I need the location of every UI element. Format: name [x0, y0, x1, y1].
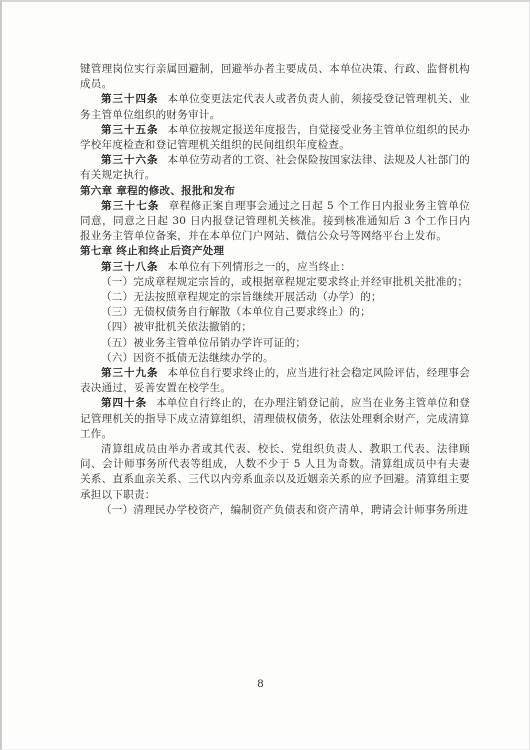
chapter-heading-7: 第七章 终止和终止后资产处理	[80, 244, 470, 259]
article-number: 第三十六条	[101, 154, 159, 166]
article-number: 第三十九条	[101, 367, 159, 379]
article-number: 第三十八条	[101, 261, 159, 273]
article-paragraph-38: 第三十八条本单位有下列情形之一的，应当终止：	[80, 260, 470, 275]
list-item-4: （四）被审批机关依法撤销的；	[80, 320, 470, 335]
article-paragraph-34: 第三十四条本单位变更法定代表人或者负责人前，须接受登记管理机关、业务主管单位组织…	[80, 92, 470, 122]
article-paragraph-36: 第三十六条本单位劳动者的工资、社会保险按国家法律、法规及人社部门的有关规定执行。	[80, 153, 470, 183]
list-item-5: （五）被业务主管单位吊销办学许可证的；	[80, 336, 470, 351]
article-number: 第四十条	[101, 397, 147, 409]
article-paragraph-40: 第四十条本单位自行终止的，在办理注销登记前，应当在业务主管单位和登记管理机关的指…	[80, 396, 470, 442]
page-content: 键管理岗位实行亲属回避制，回避举办者主要成员、本单位决策、行政、监督机构成员。 …	[80, 62, 470, 518]
list-item-6: （六）因资不抵债无法继续办学的。	[80, 351, 470, 366]
article-paragraph-37: 第三十七条章程修正案自理事会通过之日起 5 个工作日内报业务主管单位同意，同意之…	[80, 199, 470, 245]
document-page: 键管理岗位实行亲属回避制，回避举办者主要成员、本单位决策、行政、监督机构成员。 …	[0, 0, 530, 750]
chapter-heading-6: 第六章 章程的修改、报批和发布	[80, 184, 470, 199]
paragraph-continuation: 键管理岗位实行亲属回避制，回避举办者主要成员、本单位决策、行政、监督机构成员。	[80, 62, 470, 92]
article-number: 第三十五条	[101, 124, 159, 136]
list-item-duty-1: （一）清理民办学校资产，编制资产负债表和资产清单，聘请会计师事务所进	[80, 503, 470, 518]
article-paragraph-39: 第三十九条本单位自行要求终止的，应当进行社会稳定风险评估，经理事会表决通过，妥善…	[80, 366, 470, 396]
page-number: 8	[2, 678, 519, 690]
list-item-1: （一）完成章程规定宗旨的，或根据章程规定要求终止并经审批机关批准的；	[80, 275, 470, 290]
list-item-3: （三）无债权债务自行解散（本单位自己要求终止）的；	[80, 305, 470, 320]
liquidation-group-paragraph: 清算组成员由举办者或其代表、校长、党组织负责人、教职工代表、法律顾问、会计师事务…	[80, 442, 470, 503]
article-text: 本单位有下列情形之一的，应当终止：	[168, 261, 352, 273]
list-item-2: （二）无法按照章程规定的宗旨继续开展活动（办学）的；	[80, 290, 470, 305]
article-number: 第三十四条	[101, 93, 159, 105]
article-paragraph-35: 第三十五条本单位按规定报送年度报告，自觉接受业务主管单位组织的民办学校年度检查和…	[80, 123, 470, 153]
article-number: 第三十七条	[101, 200, 160, 212]
